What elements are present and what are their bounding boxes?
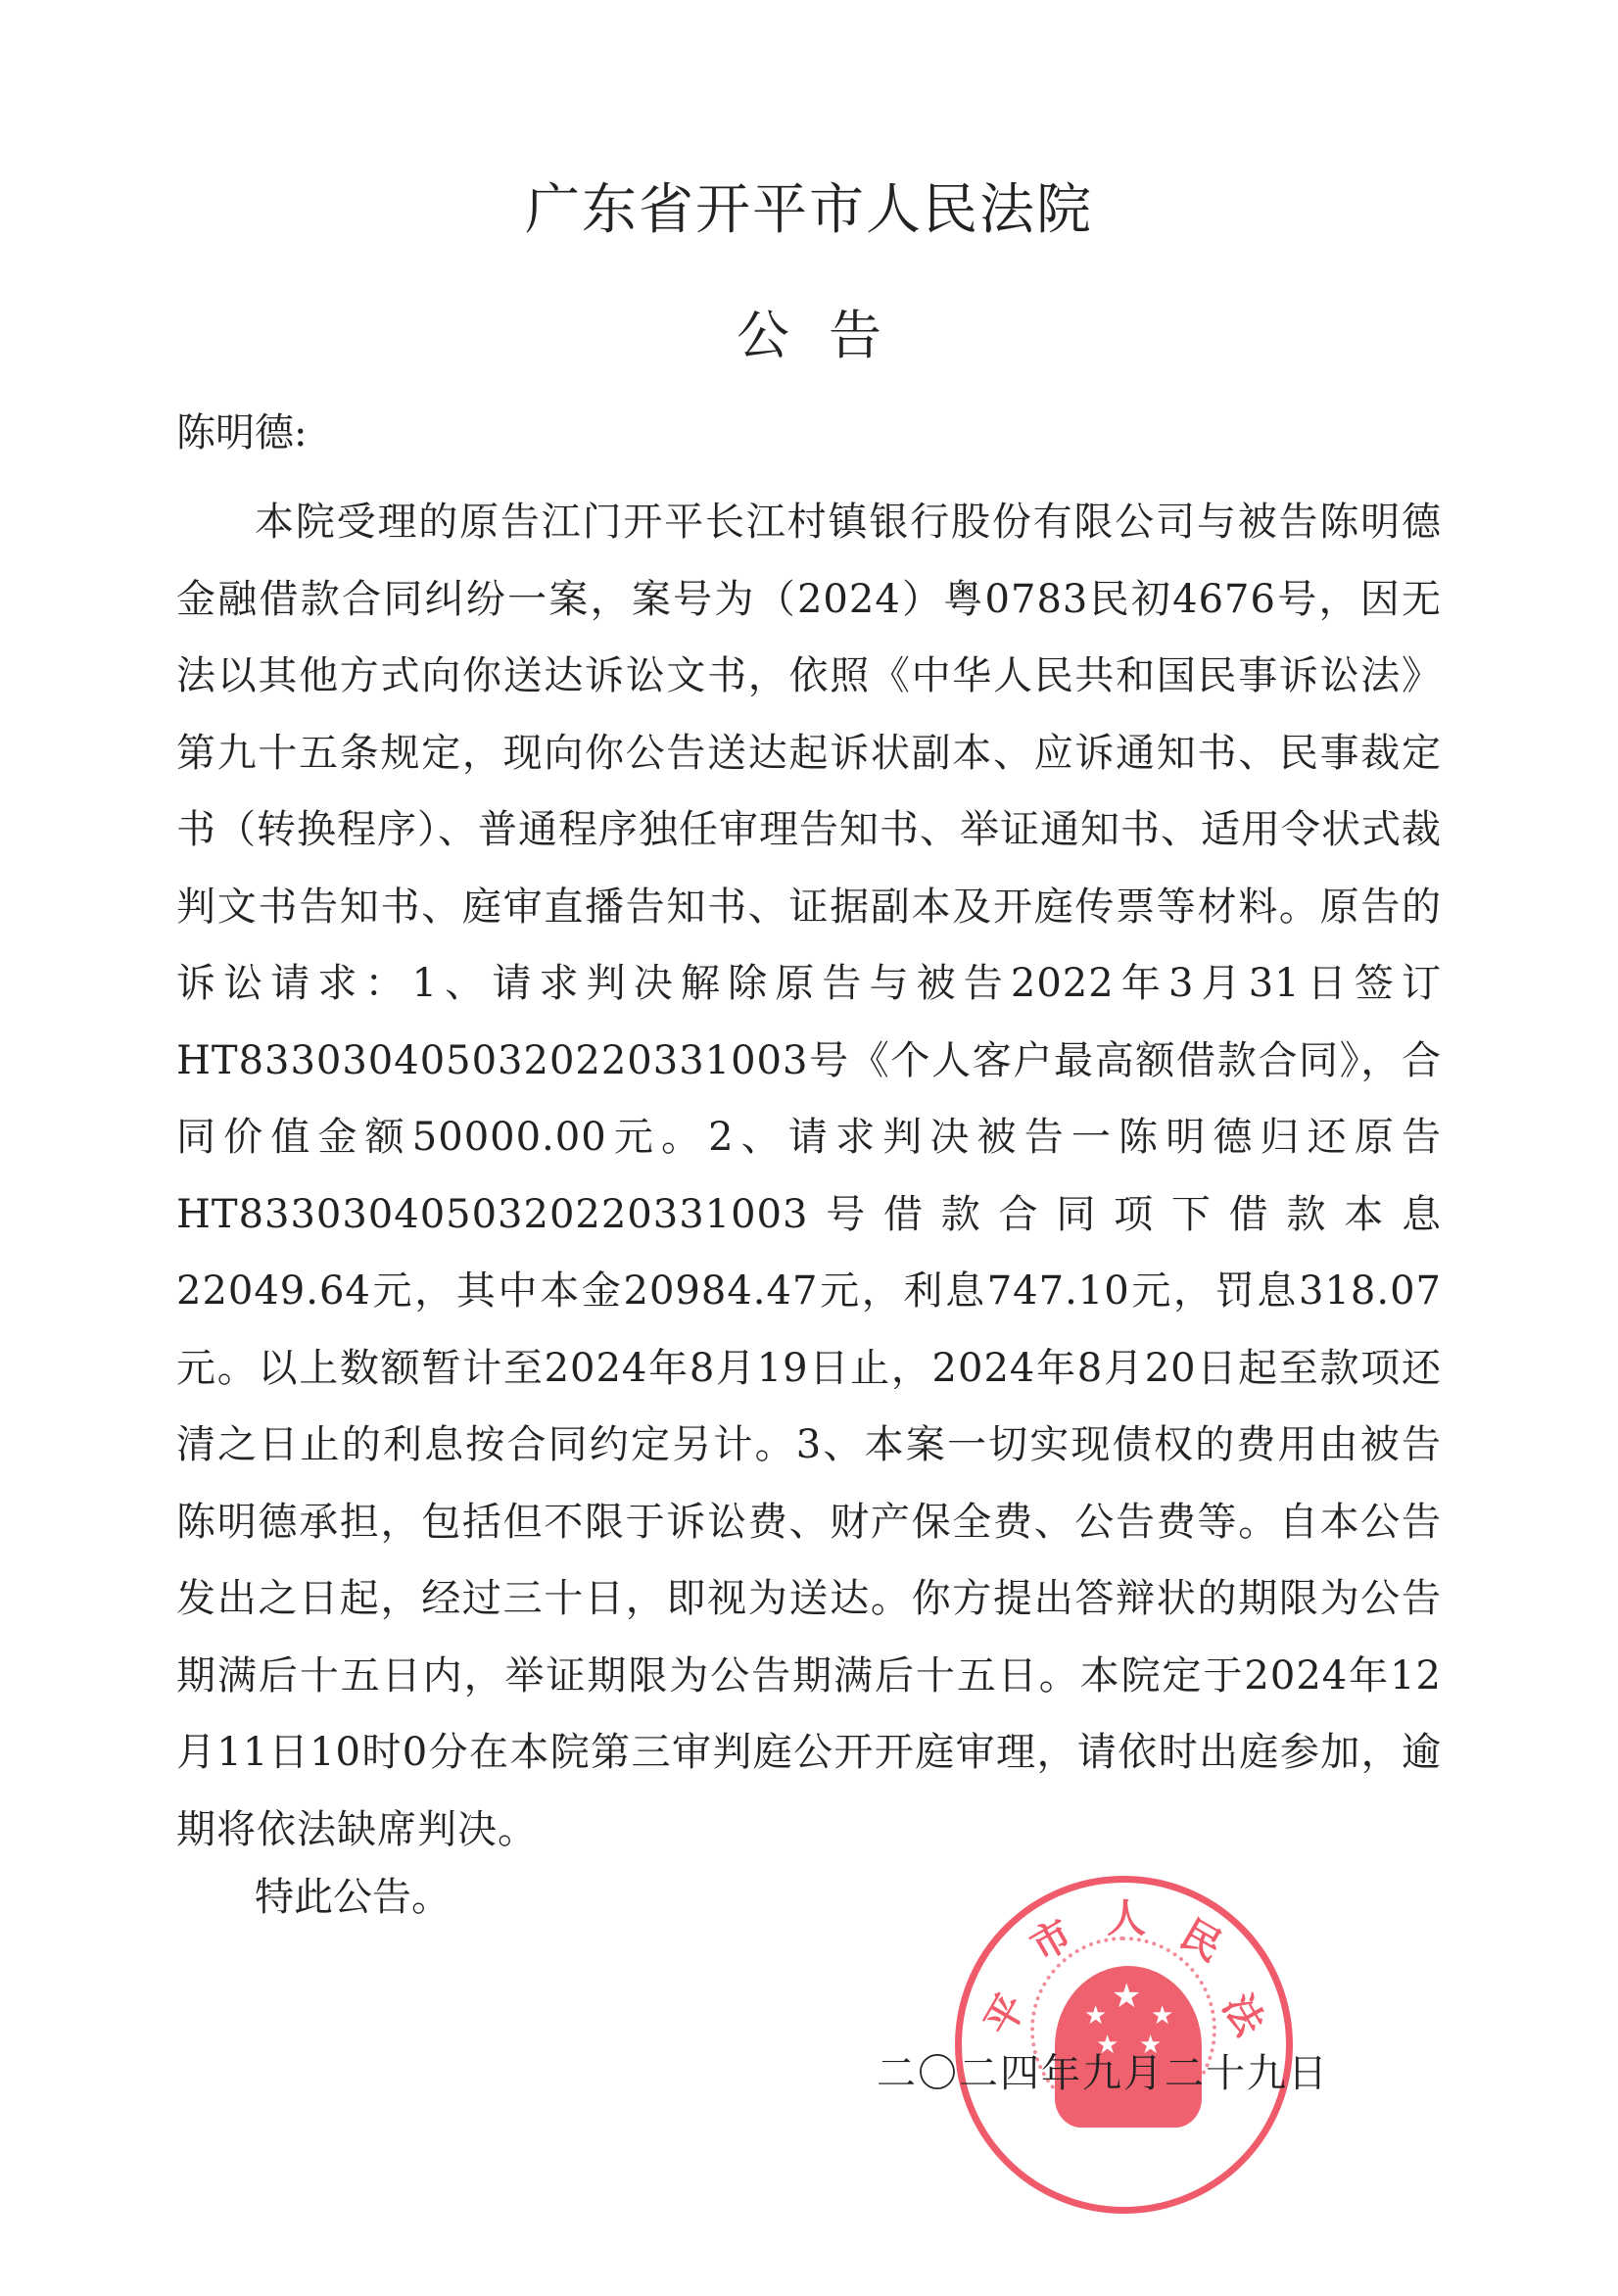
- star-icon: ★: [1151, 2003, 1173, 2029]
- notice-body: 本院受理的原告江门开平长江村镇银行股份有限公司与被告陈明德金融借款合同纠纷一案，…: [176, 484, 1442, 1868]
- issue-date: 二〇二四年九月二十九日: [877, 2042, 1329, 2098]
- seal-char: 法: [1212, 1983, 1279, 2044]
- court-title: 广东省开平市人民法院: [0, 167, 1618, 245]
- seal-char: 平: [969, 1983, 1036, 2044]
- addressee: 陈明德:: [176, 402, 307, 457]
- star-icon: ★: [1112, 1980, 1141, 2013]
- star-icon: ★: [1084, 2003, 1107, 2029]
- seal-char: 人: [1107, 1888, 1146, 1943]
- closing-phrase: 特此公告。: [255, 1866, 451, 1922]
- notice-heading: 公告: [0, 294, 1618, 369]
